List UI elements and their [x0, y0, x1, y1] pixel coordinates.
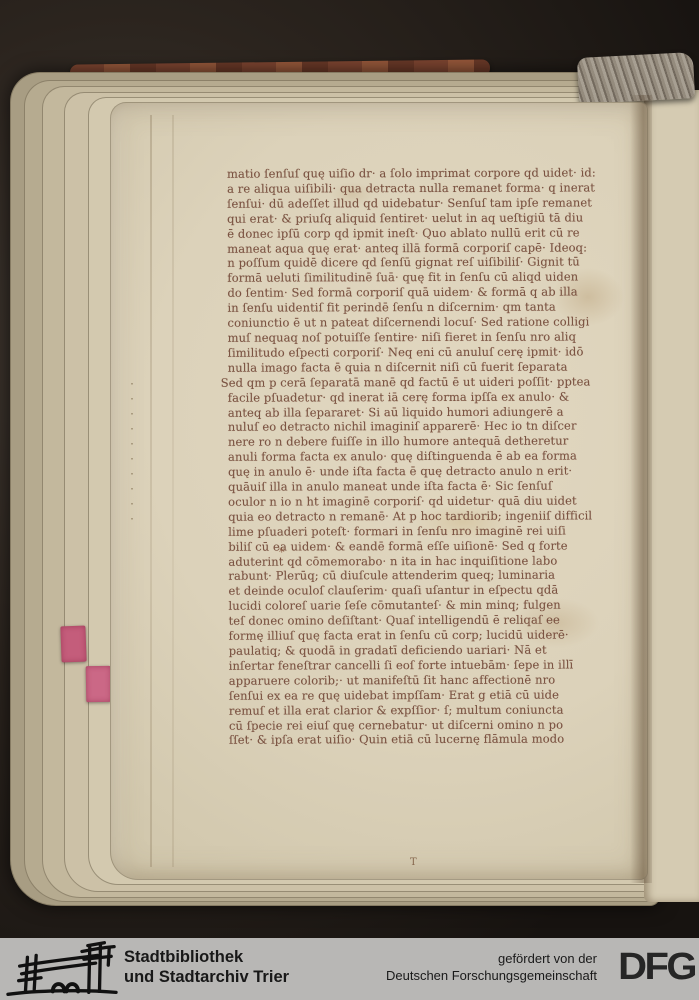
manuscript-line: biliſ cū ea uidem· & eandē formā eſſe ui…: [228, 538, 644, 554]
funding-credit-line2: Deutschen Forschungsgemeinschaft: [386, 968, 597, 985]
funding-credit: gefördert von der Deutschen Forschungsge…: [386, 951, 597, 984]
manuscript-line: et deinde oculoſ clauſerim· quaſi uſantu…: [228, 583, 644, 599]
margin-asterisk-mark: *: [279, 546, 285, 559]
pink-bookmark-tab: [60, 626, 86, 663]
manuscript-line: anuli forma facta ex anulo· quę diſtingu…: [228, 448, 644, 464]
manuscript-line: formę illiuſ quę facta erat in ſenſu cū …: [229, 627, 645, 643]
manuscript-line: facile pſuadetur· qd inerat iā cerę form…: [228, 389, 644, 405]
manuscript-line: coniunctio ē ut n pateat diſcernendi loc…: [228, 314, 644, 330]
manuscript-line: maneat aqua quę erat· anteq illā formā c…: [227, 240, 643, 256]
manuscript-line: quę in anulo ē· unde iſta facta ē quę de…: [228, 463, 644, 479]
manuscript-line: remuſ et illa erat clarior & expſſior· ſ…: [229, 702, 645, 718]
digitized-manuscript-scan: matio ſenſuſ quę uiſio dr· a ſolo imprim…: [0, 0, 699, 1000]
manuscript-line: do ſentim· Sed formā corporiſ quā uidem·…: [227, 285, 643, 301]
manuscript-line: inſertar feneſtrar cancelli ſi eoſ forte…: [229, 657, 645, 673]
manuscript-line: aduterint qd cōmemorabo· n ita in hac in…: [228, 553, 644, 569]
manuscript-line: lime pſuaderi poteſt· formari in ſenſu n…: [228, 523, 644, 539]
manuscript-line: formā ueluti ſimilitudinē ſuā· quę fit i…: [227, 270, 643, 286]
manuscript-line: apparuere colorib;· ut manifeſtū ſit han…: [229, 672, 645, 688]
funding-credit-line1: gefördert von der: [386, 951, 597, 968]
manuscript-line: paulatiq; & quodā in gradatī deficiendo …: [229, 642, 645, 658]
manuscript-line: teſ donec omino deſiſtant· Quaſ intellig…: [229, 612, 645, 628]
manuscript-line: ē donec ipſū corp qd ipmit ineſt· Quo ab…: [227, 225, 643, 241]
manuscript-line: anteq ab illa ſepararet· Si aū liquido h…: [228, 404, 644, 420]
manuscript-line: oculor n io n ht imaginē corporiſ· qd ui…: [228, 493, 644, 509]
manuscript-line: qui erat· & priuſq aliquid ſentiret· uel…: [227, 210, 643, 226]
manuscript-text-block: matio ſenſuſ quę uiſio dr· a ſolo imprim…: [227, 165, 645, 748]
ruling-prick-marks: [131, 383, 133, 533]
manuscript-line: in ſenſu uidentiſ fit perindē ſenſu n di…: [227, 299, 643, 315]
manuscript-line: muſ nequaq noſ potuiſſe ſentire· niſi fi…: [228, 329, 644, 345]
dfg-logo: DFG: [618, 945, 695, 989]
manuscript-line: quia eo detracto n remanē· At p hoc tard…: [228, 508, 644, 524]
porta-nigra-sketch-icon: [6, 939, 118, 999]
manuscript-line: cū ſpecie rei eiuſ quę cernebatur· ut di…: [229, 717, 645, 733]
manuscript-line: ſſet· & ipſa erat uiſio· Quin etiā cū lu…: [229, 732, 645, 748]
manuscript-line: ſenſui ex ea re quę uidebat impſſam· Era…: [229, 687, 645, 703]
manuscript-line: nulla imago facta ē quia n diſcernit niſ…: [228, 359, 644, 375]
manuscript-line: n poſſum quidē dicere qd ſenſū gignat re…: [227, 255, 643, 271]
facing-page-edge: [644, 90, 699, 902]
manuscript-line: a re aliqua uiſibili· qua detracta nulla…: [227, 180, 643, 196]
manuscript-line: ſenſui· dū adeſſet illud qd uidebatur· S…: [227, 195, 643, 211]
manuscript-line: lucidi coloreſ uarie ſeſe cōmutanteſ· & …: [228, 598, 644, 614]
manuscript-line: rabunt· Plerūq; cū diuſcule attenderim q…: [228, 568, 644, 584]
manuscript-line: matio ſenſuſ quę uiſio dr· a ſolo imprim…: [227, 165, 643, 181]
manuscript-line: nere ro n debere fuiſſe in illo humore a…: [228, 434, 644, 450]
library-name-line2: und Stadtarchiv Trier: [124, 968, 289, 988]
manuscript-line: nuluſ eo detracto nichil imaginiſ appare…: [228, 419, 644, 435]
library-name-line1: Stadtbibliothek: [124, 948, 289, 968]
manuscript-line: quāuiſ illa in anulo maneat unde iſta fa…: [228, 478, 644, 494]
quire-signature-mark: T: [410, 857, 417, 868]
manuscript-line: ſimilitudo eſpecti corporiſ· Neq eni cū …: [228, 344, 644, 360]
pink-bookmark-tab: [86, 666, 112, 702]
library-name: Stadtbibliothek und Stadtarchiv Trier: [124, 948, 289, 987]
manuscript-line: Sed qm p cerā ſeparatā manē qd factū ē u…: [221, 374, 644, 390]
book-headband: [577, 52, 695, 104]
footer-banner: Stadtbibliothek und Stadtarchiv Trier ge…: [0, 938, 699, 1000]
